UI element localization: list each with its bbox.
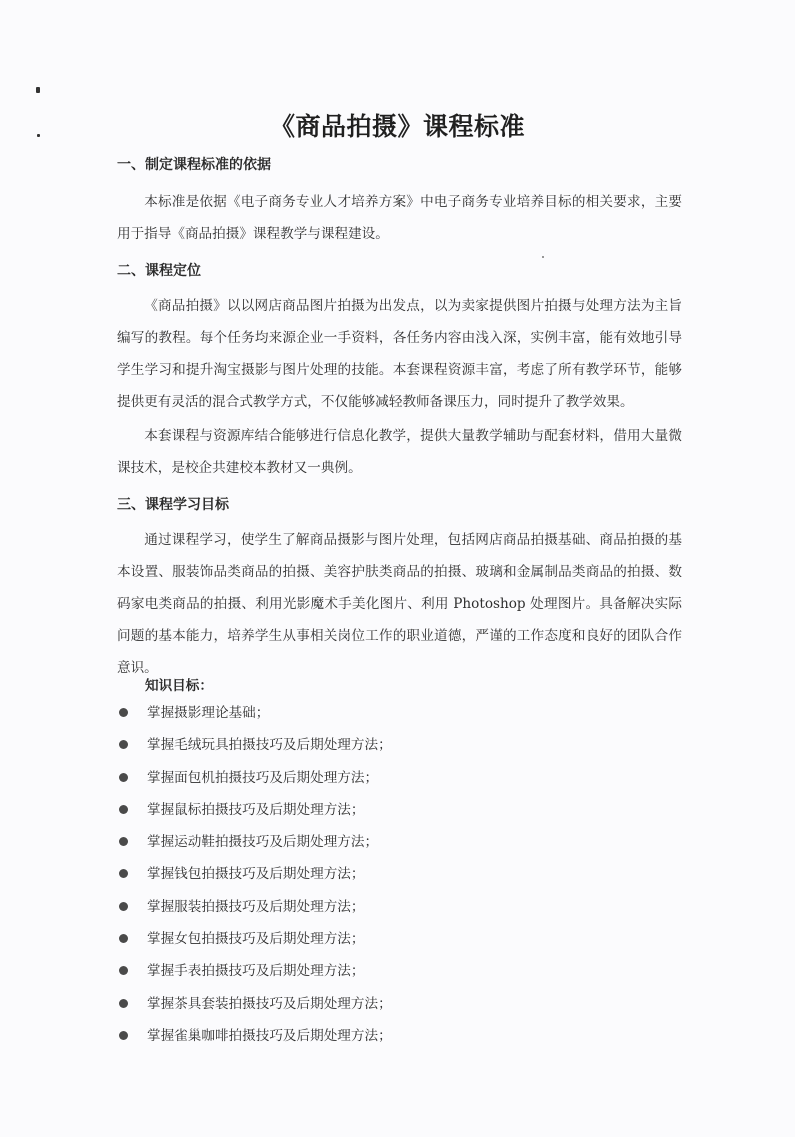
section-heading: 二、课程定位 <box>117 260 201 280</box>
scanned-page: 《商品拍摄》课程标准 一、制定课程标准的依据 本标准是依据《电子商务专业人才培养… <box>0 0 795 1137</box>
bullet-icon <box>119 934 128 943</box>
list-item: 掌握雀巢咖啡拍摄技巧及后期处理方法； <box>117 1020 392 1052</box>
list-item: 掌握服装拍摄技巧及后期处理方法； <box>117 891 392 923</box>
bullet-icon <box>119 837 128 846</box>
knowledge-goals-list: 掌握摄影理论基础； 掌握毛绒玩具拍摄技巧及后期处理方法； 掌握面包机拍摄技巧及后… <box>117 697 392 1052</box>
bullet-icon <box>119 869 128 878</box>
list-item: 掌握女包拍摄技巧及后期处理方法； <box>117 923 392 955</box>
list-item: 掌握茶具套装拍摄技巧及后期处理方法； <box>117 988 392 1020</box>
bullet-icon <box>119 1031 128 1040</box>
bullet-icon <box>119 902 128 911</box>
section-paragraph: 本套课程与资源库结合能够进行信息化教学，提供大量教学辅助与配套材料，借用大量微课… <box>117 420 682 484</box>
section-paragraph: 《商品拍摄》以以网店商品图片拍摄为出发点，以为卖家提供图片拍摄与处理方法为主旨编… <box>117 290 682 418</box>
section-heading: 一、制定课程标准的依据 <box>117 154 271 174</box>
section-paragraph: 通过课程学习，使学生了解商品摄影与图片处理，包括网店商品拍摄基础、商品拍摄的基本… <box>117 524 682 684</box>
list-item: 掌握面包机拍摄技巧及后期处理方法； <box>117 762 392 794</box>
bullet-icon <box>119 966 128 975</box>
list-item: 掌握手表拍摄技巧及后期处理方法； <box>117 955 392 987</box>
document-title: 《商品拍摄》课程标准 <box>0 107 795 143</box>
list-item: 掌握毛绒玩具拍摄技巧及后期处理方法； <box>117 729 392 761</box>
scan-speck <box>542 256 544 258</box>
section-heading: 三、课程学习目标 <box>117 494 229 514</box>
bullet-icon <box>119 708 128 717</box>
bullet-icon <box>119 740 128 749</box>
bullet-icon <box>119 999 128 1008</box>
list-item: 掌握运动鞋拍摄技巧及后期处理方法； <box>117 826 392 858</box>
list-item: 掌握鼠标拍摄技巧及后期处理方法； <box>117 794 392 826</box>
bullet-icon <box>119 805 128 814</box>
scan-speck <box>36 87 40 93</box>
bullet-icon <box>119 773 128 782</box>
knowledge-goals-heading: 知识目标： <box>145 674 213 694</box>
list-item: 掌握摄影理论基础； <box>117 697 392 729</box>
list-item: 掌握钱包拍摄技巧及后期处理方法； <box>117 858 392 890</box>
section-paragraph: 本标准是依据《电子商务专业人才培养方案》中电子商务专业培养目标的相关要求，主要用… <box>117 186 682 250</box>
